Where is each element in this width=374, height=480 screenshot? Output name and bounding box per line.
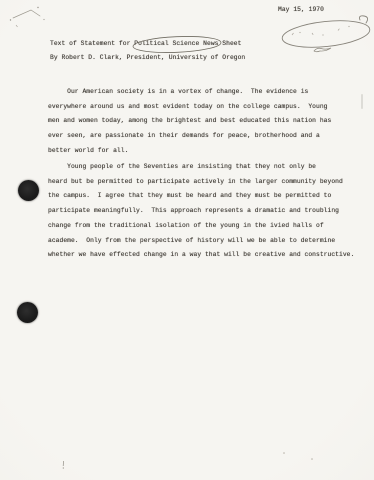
text-line: academe. Only from the perspective of hi… <box>48 234 358 249</box>
text-line: better world for all. <box>48 144 358 159</box>
scan-speck <box>283 452 285 454</box>
handwritten-oval-annotation <box>279 14 374 60</box>
pencil-marks-inside-oval <box>292 26 350 36</box>
hole-punch-top <box>18 180 39 201</box>
document-body: Our American society is in a vortex of c… <box>48 85 358 263</box>
scan-speck <box>311 458 313 460</box>
document-byline: By Robert D. Clark, President, Universit… <box>50 54 245 61</box>
pencil-mark-bottom-left <box>60 459 68 471</box>
text-line: participate meaningfully. This approach … <box>48 204 358 219</box>
text-line: whether we have effected change in a way… <box>48 248 358 263</box>
pencil-scribble-top-left <box>4 2 56 30</box>
text-line: everywhere around us and most evident to… <box>48 100 358 115</box>
handwritten-initials-scribble <box>314 48 331 52</box>
text-line: Our American society is in a vortex of c… <box>48 85 358 100</box>
scan-smudge <box>361 94 363 109</box>
text-line: men and women today, among the brightest… <box>48 114 358 129</box>
paragraph: Our American society is in a vortex of c… <box>48 85 358 159</box>
text-line: change from the traditional isolation of… <box>48 219 358 234</box>
scanned-document-page: May 15, 1970 Text of Statement for Polit… <box>0 0 374 480</box>
pen-circle-around-phrase <box>131 35 223 54</box>
text-line: Young people of the Seventies are insist… <box>48 160 358 175</box>
text-line: heard but be permitted to participate ac… <box>48 175 358 190</box>
text-line: the campus. I agree that they must be he… <box>48 189 358 204</box>
title-prefix: Text of Statement for <box>50 40 134 47</box>
hole-punch-bottom <box>17 302 38 323</box>
document-date: May 15, 1970 <box>278 6 324 13</box>
paragraph: Young people of the Seventies are insist… <box>48 160 358 263</box>
text-line: ever seen, are passionate in their deman… <box>48 129 358 144</box>
